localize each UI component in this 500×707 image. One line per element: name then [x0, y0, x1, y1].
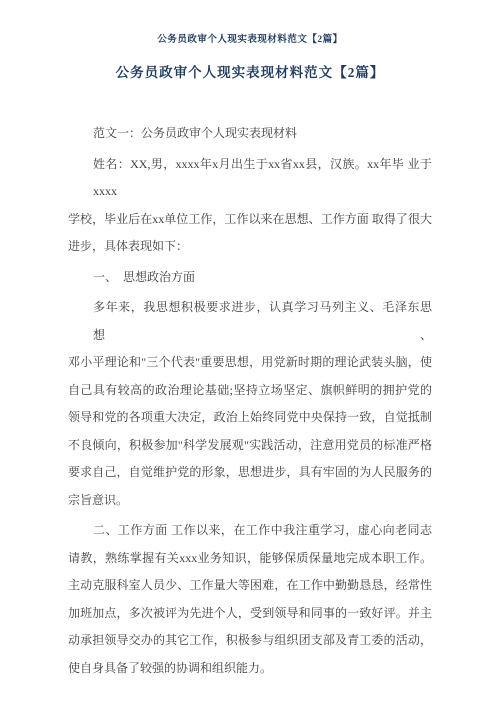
document-line: 进步，具体表现如下： [68, 233, 432, 261]
document-line: 请教，熟练掌握有关xxx业务知识，能够保质保量地完成本职工作。 [68, 545, 432, 573]
document-line: 自己具有较高的政治理论基础;坚持立场坚定、旗帜鲜明的拥护党的 [68, 377, 432, 405]
document-line: 加班加点，多次被评为先进个人，受到领导和同事的一致好评。并主 [68, 600, 432, 628]
document-line: 一、 思想政治方面 [68, 264, 432, 292]
document-line: 动承担领导交办的其它工作，积极参与组织团支部及青工委的活动， [68, 627, 432, 655]
document-page: 公务员政审个人现实表现材料范文【2篇】 公务员政审个人现实表现材料范文【2篇】 … [0, 0, 500, 707]
document-line: 范文一：公务员政审个人现实表现材料 [68, 120, 432, 148]
document-line: 要求自己，自觉维护党的形象，思想进步，具有牢固的为人民服务的 [68, 459, 432, 487]
document-line: 领导和党的各项重大决定，政治上始终同党中央保持一致，自觉抵制 [68, 404, 432, 432]
document-line: 多年来，我思想积极要求进步，认真学习马列主义、毛泽东思想、 [68, 294, 432, 349]
document-line: 宗旨意识。 [68, 487, 432, 515]
document-body: 范文一：公务员政审个人现实表现材料 姓名：XX,男，xxxx年x月出生于xx省x… [68, 120, 432, 682]
document-line: 姓名：XX,男，xxxx年x月出生于xx省xx县，汉族。xx年毕 业于xxxx [68, 151, 432, 206]
document-line: 使自身具备了较强的协调和组织能力。 [68, 655, 432, 683]
document-line: 不良倾向，积极参加"科学发展观"实践活动，注意用党员的标准严格 [68, 432, 432, 460]
document-line: 学校，毕业后在xx单位工作，工作以来在思想、工作方面 取得了很大 [68, 206, 432, 234]
document-title: 公务员政审个人现实表现材料范文【2篇】 [0, 61, 500, 81]
document-line: 邓小平理论和"三个代表"重要思想，用党新时期的理论武装头脑，使 [68, 349, 432, 377]
document-line: 主动克服科室人员少、工作量大等困难，在工作中勤勤恳恳，经常性 [68, 572, 432, 600]
document-line: 二、工作方面 工作以来，在工作中我注重学习，虚心向老同志 [68, 517, 432, 545]
running-header: 公务员政审个人现实表现材料范文【2篇】 [0, 31, 500, 45]
